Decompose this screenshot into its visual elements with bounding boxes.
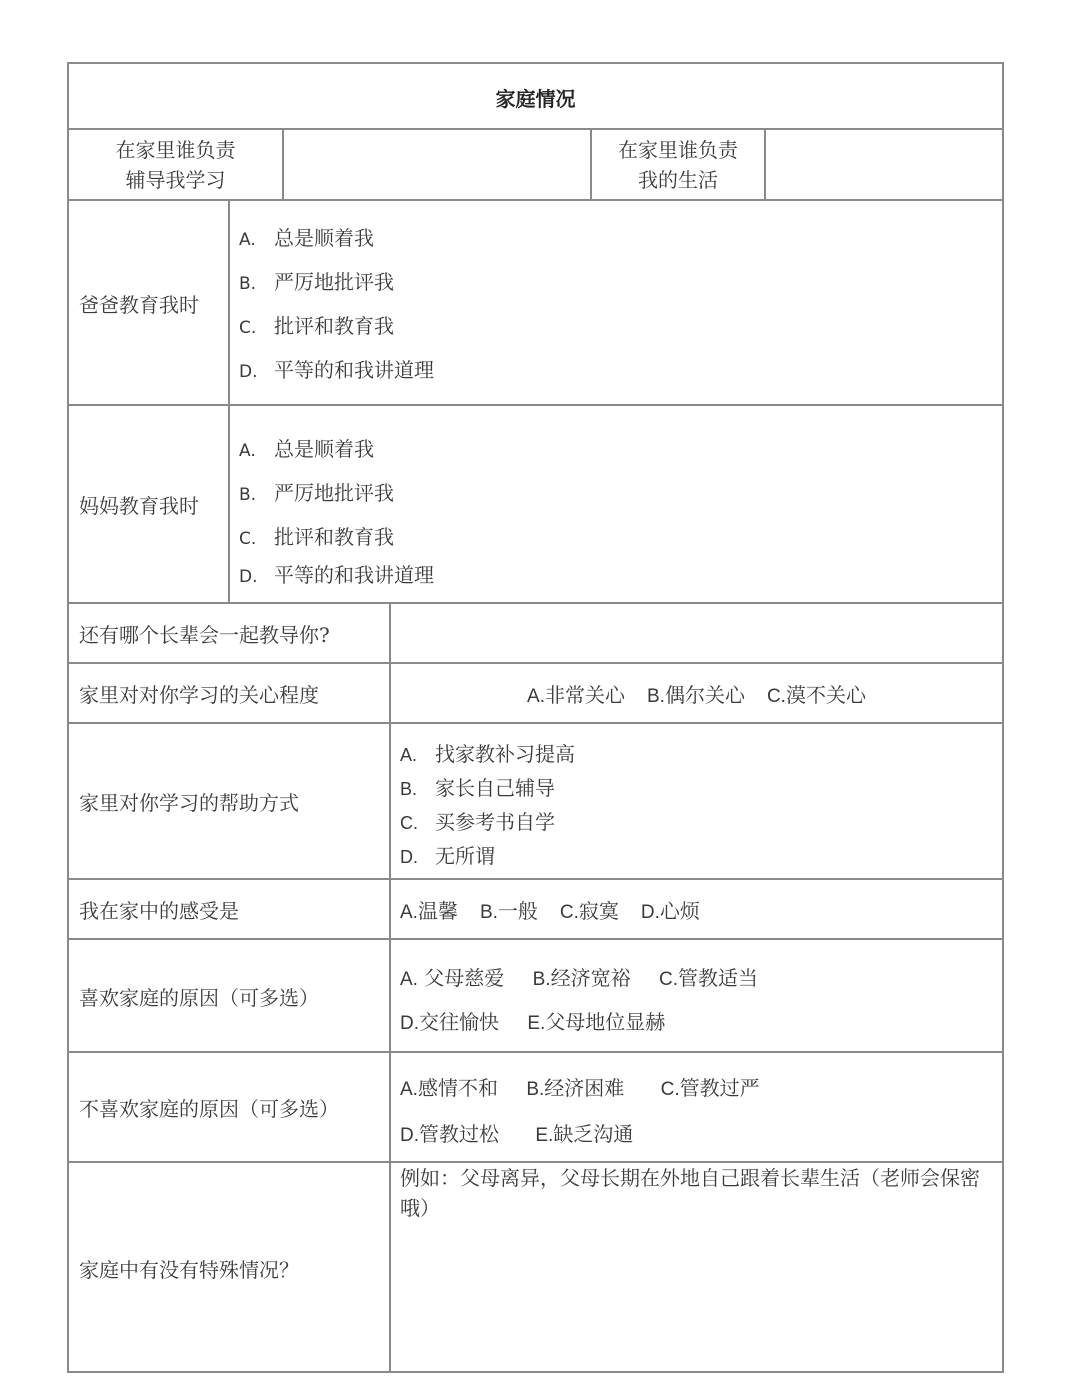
help-label: 家里对你学习的帮助方式: [69, 724, 389, 879]
dislike-reasons-row: 不喜欢家庭的原因（可多选） A.感情不和 B.经济困难 C.管教过严 D.管教过…: [69, 1051, 1002, 1162]
help-row: 家里对你学习的帮助方式 A.找家教补习提高 B.家长自己辅导 C.买参考书自学 …: [69, 722, 1002, 879]
mother-options: A.总是顺着我 B.严厉地批评我 C.批评和教育我 D.平等的和我讲道理: [228, 406, 1002, 603]
concern-option-a[interactable]: A.非常关心: [527, 679, 625, 708]
concern-option-c[interactable]: C.漠不关心: [767, 679, 866, 708]
life-guidance-label-line1: 在家里谁负责: [618, 135, 738, 165]
study-guidance-label-line2: 辅导我学习: [126, 165, 226, 195]
study-guidance-label-line1: 在家里谁负责: [116, 135, 236, 165]
dislike-option-e[interactable]: E.缺乏沟通: [535, 1122, 633, 1146]
like-option-a[interactable]: A. 父母慈爱: [400, 966, 504, 990]
help-options: A.找家教补习提高 B.家长自己辅导 C.买参考书自学 D.无所谓: [389, 724, 1002, 879]
help-option-a[interactable]: A.找家教补习提高: [400, 738, 1002, 772]
dislike-option-c[interactable]: C.管教过严: [661, 1076, 760, 1100]
like-reasons-options: A. 父母慈爱 B.经济宽裕 C.管教适当 D.交往愉快 E.父母地位显赫: [389, 940, 1002, 1052]
special-situation-label: 家庭中有没有特殊情况？: [69, 1163, 389, 1373]
mother-option-a[interactable]: A.总是顺着我: [239, 433, 1002, 477]
special-situation-row: 家庭中有没有特殊情况？ 例如：父母离异，父母长期在外地自己跟着长辈生活（老师会保…: [69, 1161, 1002, 1373]
help-option-d[interactable]: D.无所谓: [400, 840, 1002, 874]
mother-label: 妈妈教育我时: [69, 406, 228, 603]
feeling-row: 我在家中的感受是 A.温馨 B.一般 C.寂寞 D.心烦: [69, 878, 1002, 939]
concern-label: 家里对对你学习的关心程度: [69, 664, 389, 723]
concern-options: A.非常关心 B.偶尔关心 C.漠不关心: [389, 664, 1002, 723]
father-option-b[interactable]: B.严厉地批评我: [239, 266, 1002, 310]
father-option-c[interactable]: C.批评和教育我: [239, 310, 1002, 354]
father-label: 爸爸教育我时: [69, 201, 228, 405]
title-row: 家庭情况: [69, 64, 1002, 130]
study-guidance-field[interactable]: [282, 130, 590, 199]
mother-option-b[interactable]: B.严厉地批评我: [239, 477, 1002, 521]
help-option-c[interactable]: C.买参考书自学: [400, 806, 1002, 840]
table-title: 家庭情况: [69, 64, 1002, 130]
study-guidance-label: 在家里谁负责 辅导我学习: [69, 130, 282, 199]
like-option-e[interactable]: E.父母地位显赫: [527, 1010, 665, 1034]
feeling-option-c[interactable]: C.寂寞: [560, 895, 619, 924]
father-row: 爸爸教育我时 A.总是顺着我 B.严厉地批评我 C.批评和教育我 D.平等的和我…: [69, 199, 1002, 405]
life-guidance-field[interactable]: [764, 130, 1002, 199]
concern-row: 家里对对你学习的关心程度 A.非常关心 B.偶尔关心 C.漠不关心: [69, 662, 1002, 723]
like-reasons-label: 喜欢家庭的原因（可多选）: [69, 940, 389, 1052]
dislike-option-d[interactable]: D.管教过松: [400, 1122, 499, 1146]
feeling-option-b[interactable]: B.一般: [480, 895, 538, 924]
life-guidance-label-line2: 我的生活: [638, 165, 718, 195]
like-option-c[interactable]: C.管教适当: [659, 966, 758, 990]
mother-row: 妈妈教育我时 A.总是顺着我 B.严厉地批评我 C.批评和教育我 D.平等的和我…: [69, 404, 1002, 603]
father-option-a[interactable]: A.总是顺着我: [239, 222, 1002, 266]
elder-field[interactable]: [389, 604, 1002, 663]
elder-row: 还有哪个长辈会一起教导你?: [69, 602, 1002, 663]
like-option-b[interactable]: B.经济宽裕: [533, 966, 631, 990]
feeling-options: A.温馨 B.一般 C.寂寞 D.心烦: [389, 880, 1002, 939]
special-situation-hint: 例如：父母离异，父母长期在外地自己跟着长辈生活（老师会保密哦）: [400, 1166, 980, 1220]
dislike-reasons-label: 不喜欢家庭的原因（可多选）: [69, 1053, 389, 1162]
father-options: A.总是顺着我 B.严厉地批评我 C.批评和教育我 D.平等的和我讲道理: [228, 201, 1002, 405]
mother-option-d[interactable]: D.平等的和我讲道理: [239, 559, 1002, 597]
guidance-row: 在家里谁负责 辅导我学习 在家里谁负责 我的生活: [69, 128, 1002, 199]
mother-option-c[interactable]: C.批评和教育我: [239, 521, 1002, 559]
family-situation-table: 家庭情况 在家里谁负责 辅导我学习 在家里谁负责 我的生活 爸爸教育我时 A.总…: [67, 62, 1004, 1373]
elder-label: 还有哪个长辈会一起教导你?: [69, 604, 389, 663]
dislike-reasons-options: A.感情不和 B.经济困难 C.管教过严 D.管教过松 E.缺乏沟通: [389, 1053, 1002, 1162]
concern-option-b[interactable]: B.偶尔关心: [647, 679, 745, 708]
like-reasons-row: 喜欢家庭的原因（可多选） A. 父母慈爱 B.经济宽裕 C.管教适当 D.交往愉…: [69, 938, 1002, 1052]
feeling-label: 我在家中的感受是: [69, 880, 389, 939]
father-option-d[interactable]: D.平等的和我讲道理: [239, 354, 1002, 398]
help-option-b[interactable]: B.家长自己辅导: [400, 772, 1002, 806]
dislike-option-a[interactable]: A.感情不和: [400, 1076, 498, 1100]
like-option-d[interactable]: D.交往愉快: [400, 1010, 499, 1034]
feeling-option-d[interactable]: D.心烦: [641, 895, 700, 924]
dislike-option-b[interactable]: B.经济困难: [526, 1076, 624, 1100]
special-situation-field[interactable]: 例如：父母离异，父母长期在外地自己跟着长辈生活（老师会保密哦）: [389, 1163, 1002, 1373]
life-guidance-label: 在家里谁负责 我的生活: [590, 130, 764, 199]
feeling-option-a[interactable]: A.温馨: [400, 895, 458, 924]
